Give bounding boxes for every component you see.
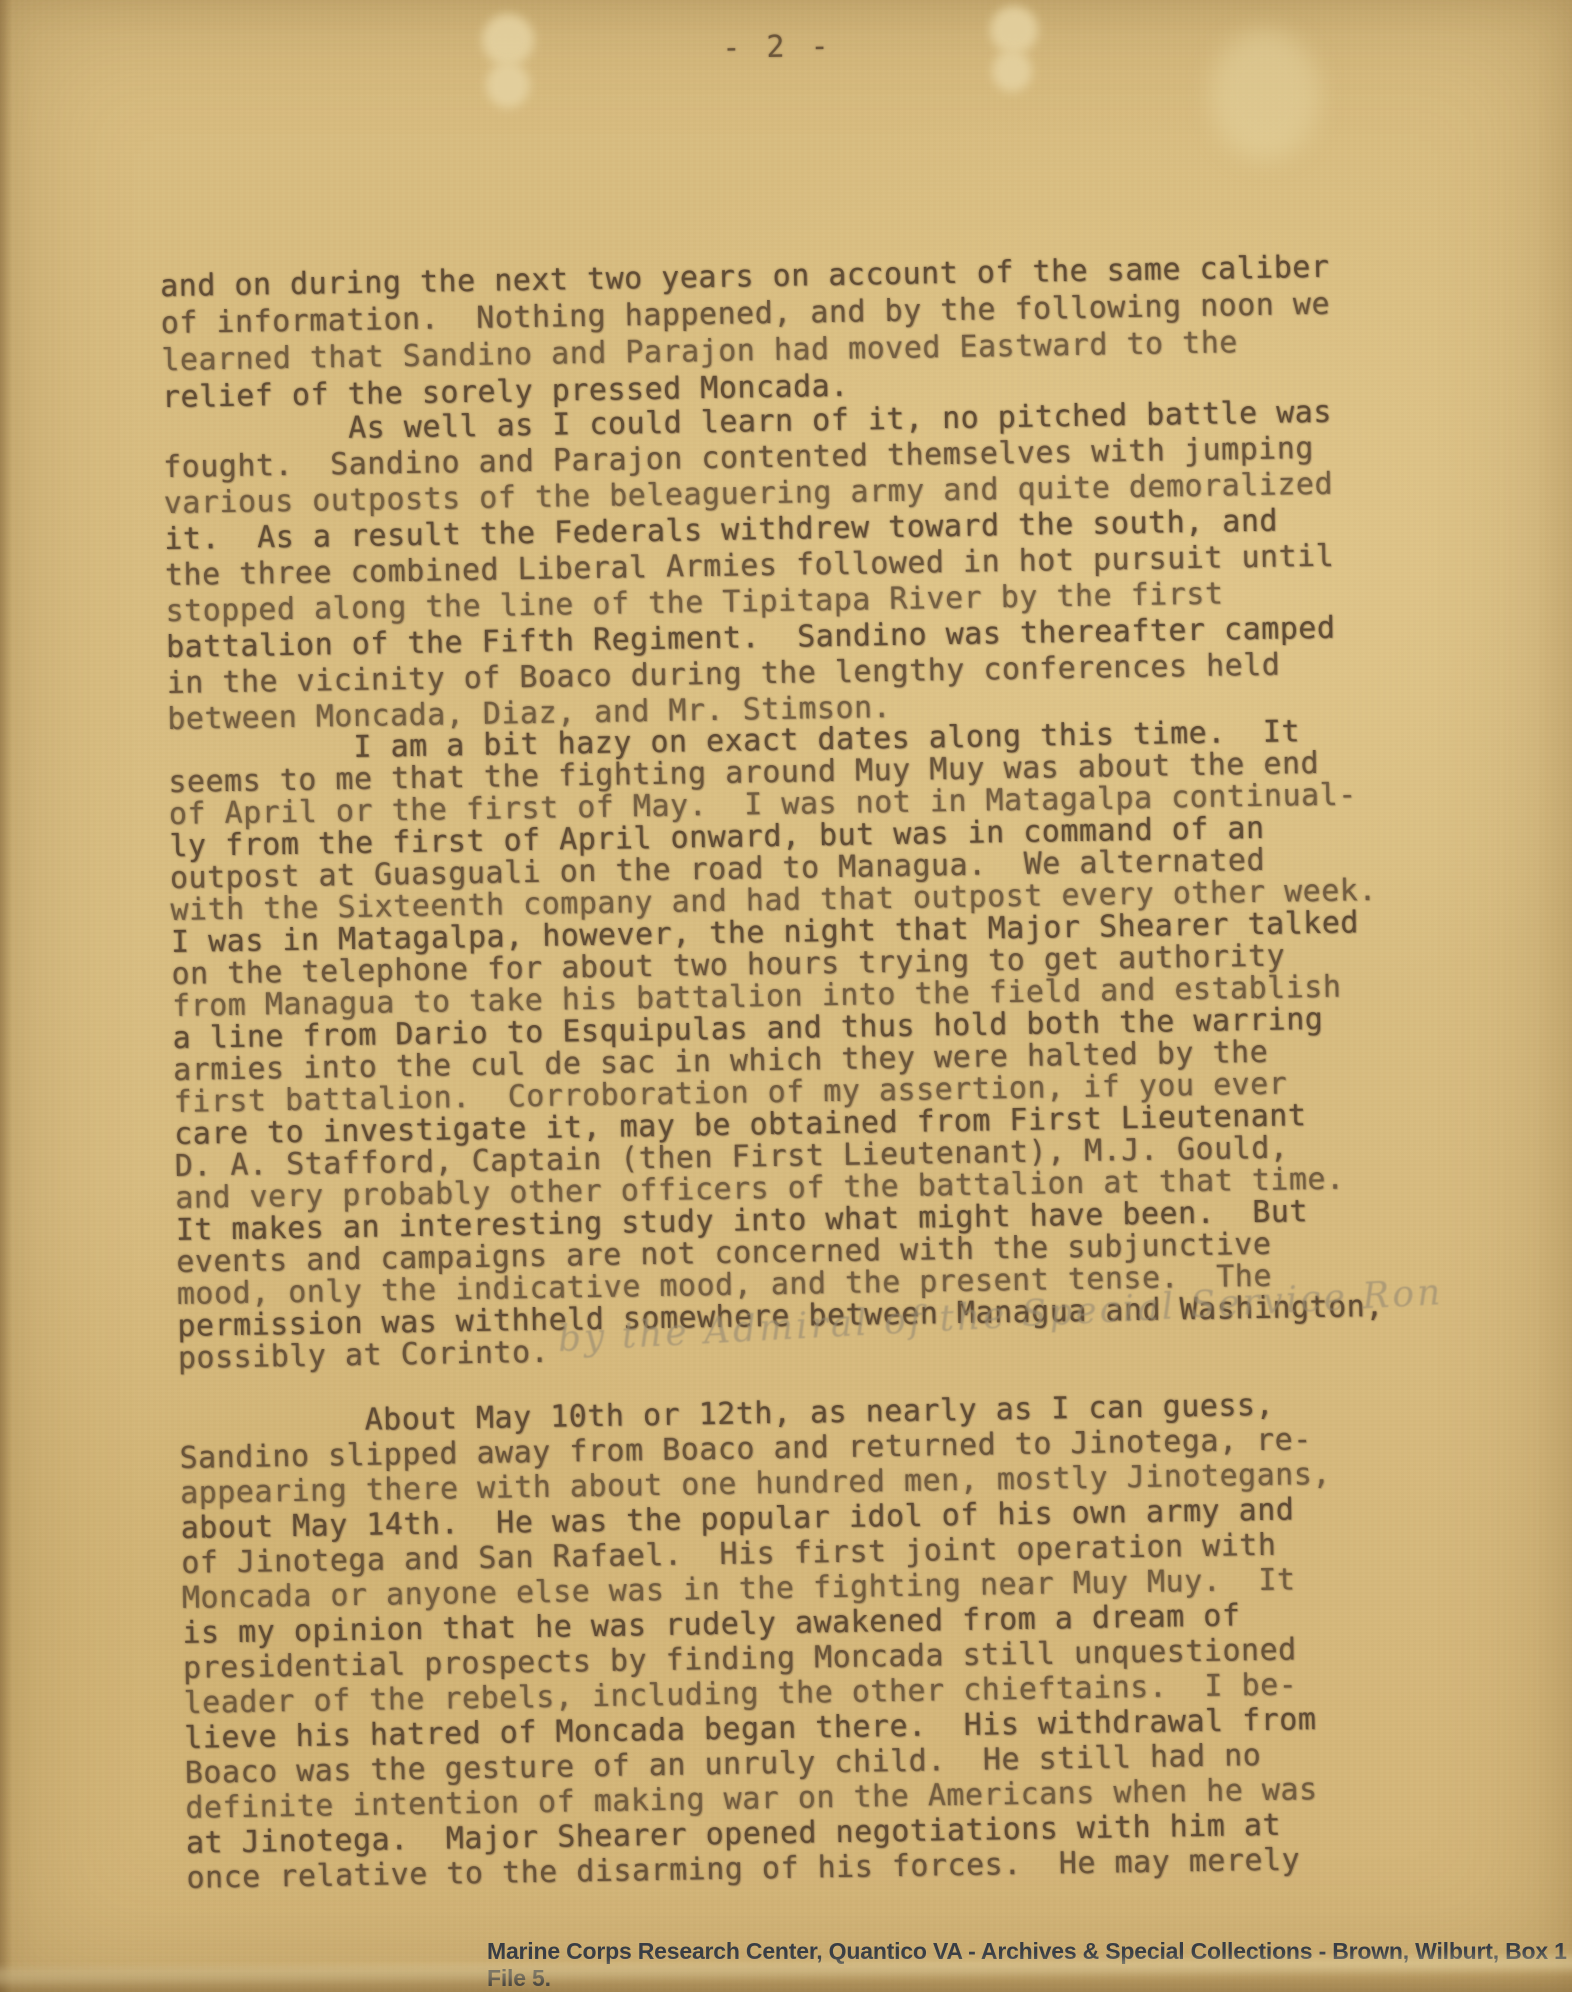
typewritten-text-layer: - 2 - and on during the next two years o… — [0, 0, 1572, 1992]
paragraph-1: and on during the next two years on acco… — [160, 249, 1332, 416]
paragraph-4: About May 10th or 12th, as nearly as I c… — [179, 1387, 1338, 1896]
page-number: - 2 - — [722, 29, 833, 66]
document-page: - 2 - and on during the next two years o… — [0, 0, 1572, 1992]
paper-bottom-edge-shadow — [0, 1964, 1572, 1992]
paragraph-3: I am a bit hazy on exact dates along thi… — [168, 715, 1385, 1375]
paragraph-2: As well as I could learn of it, no pitch… — [162, 395, 1337, 738]
